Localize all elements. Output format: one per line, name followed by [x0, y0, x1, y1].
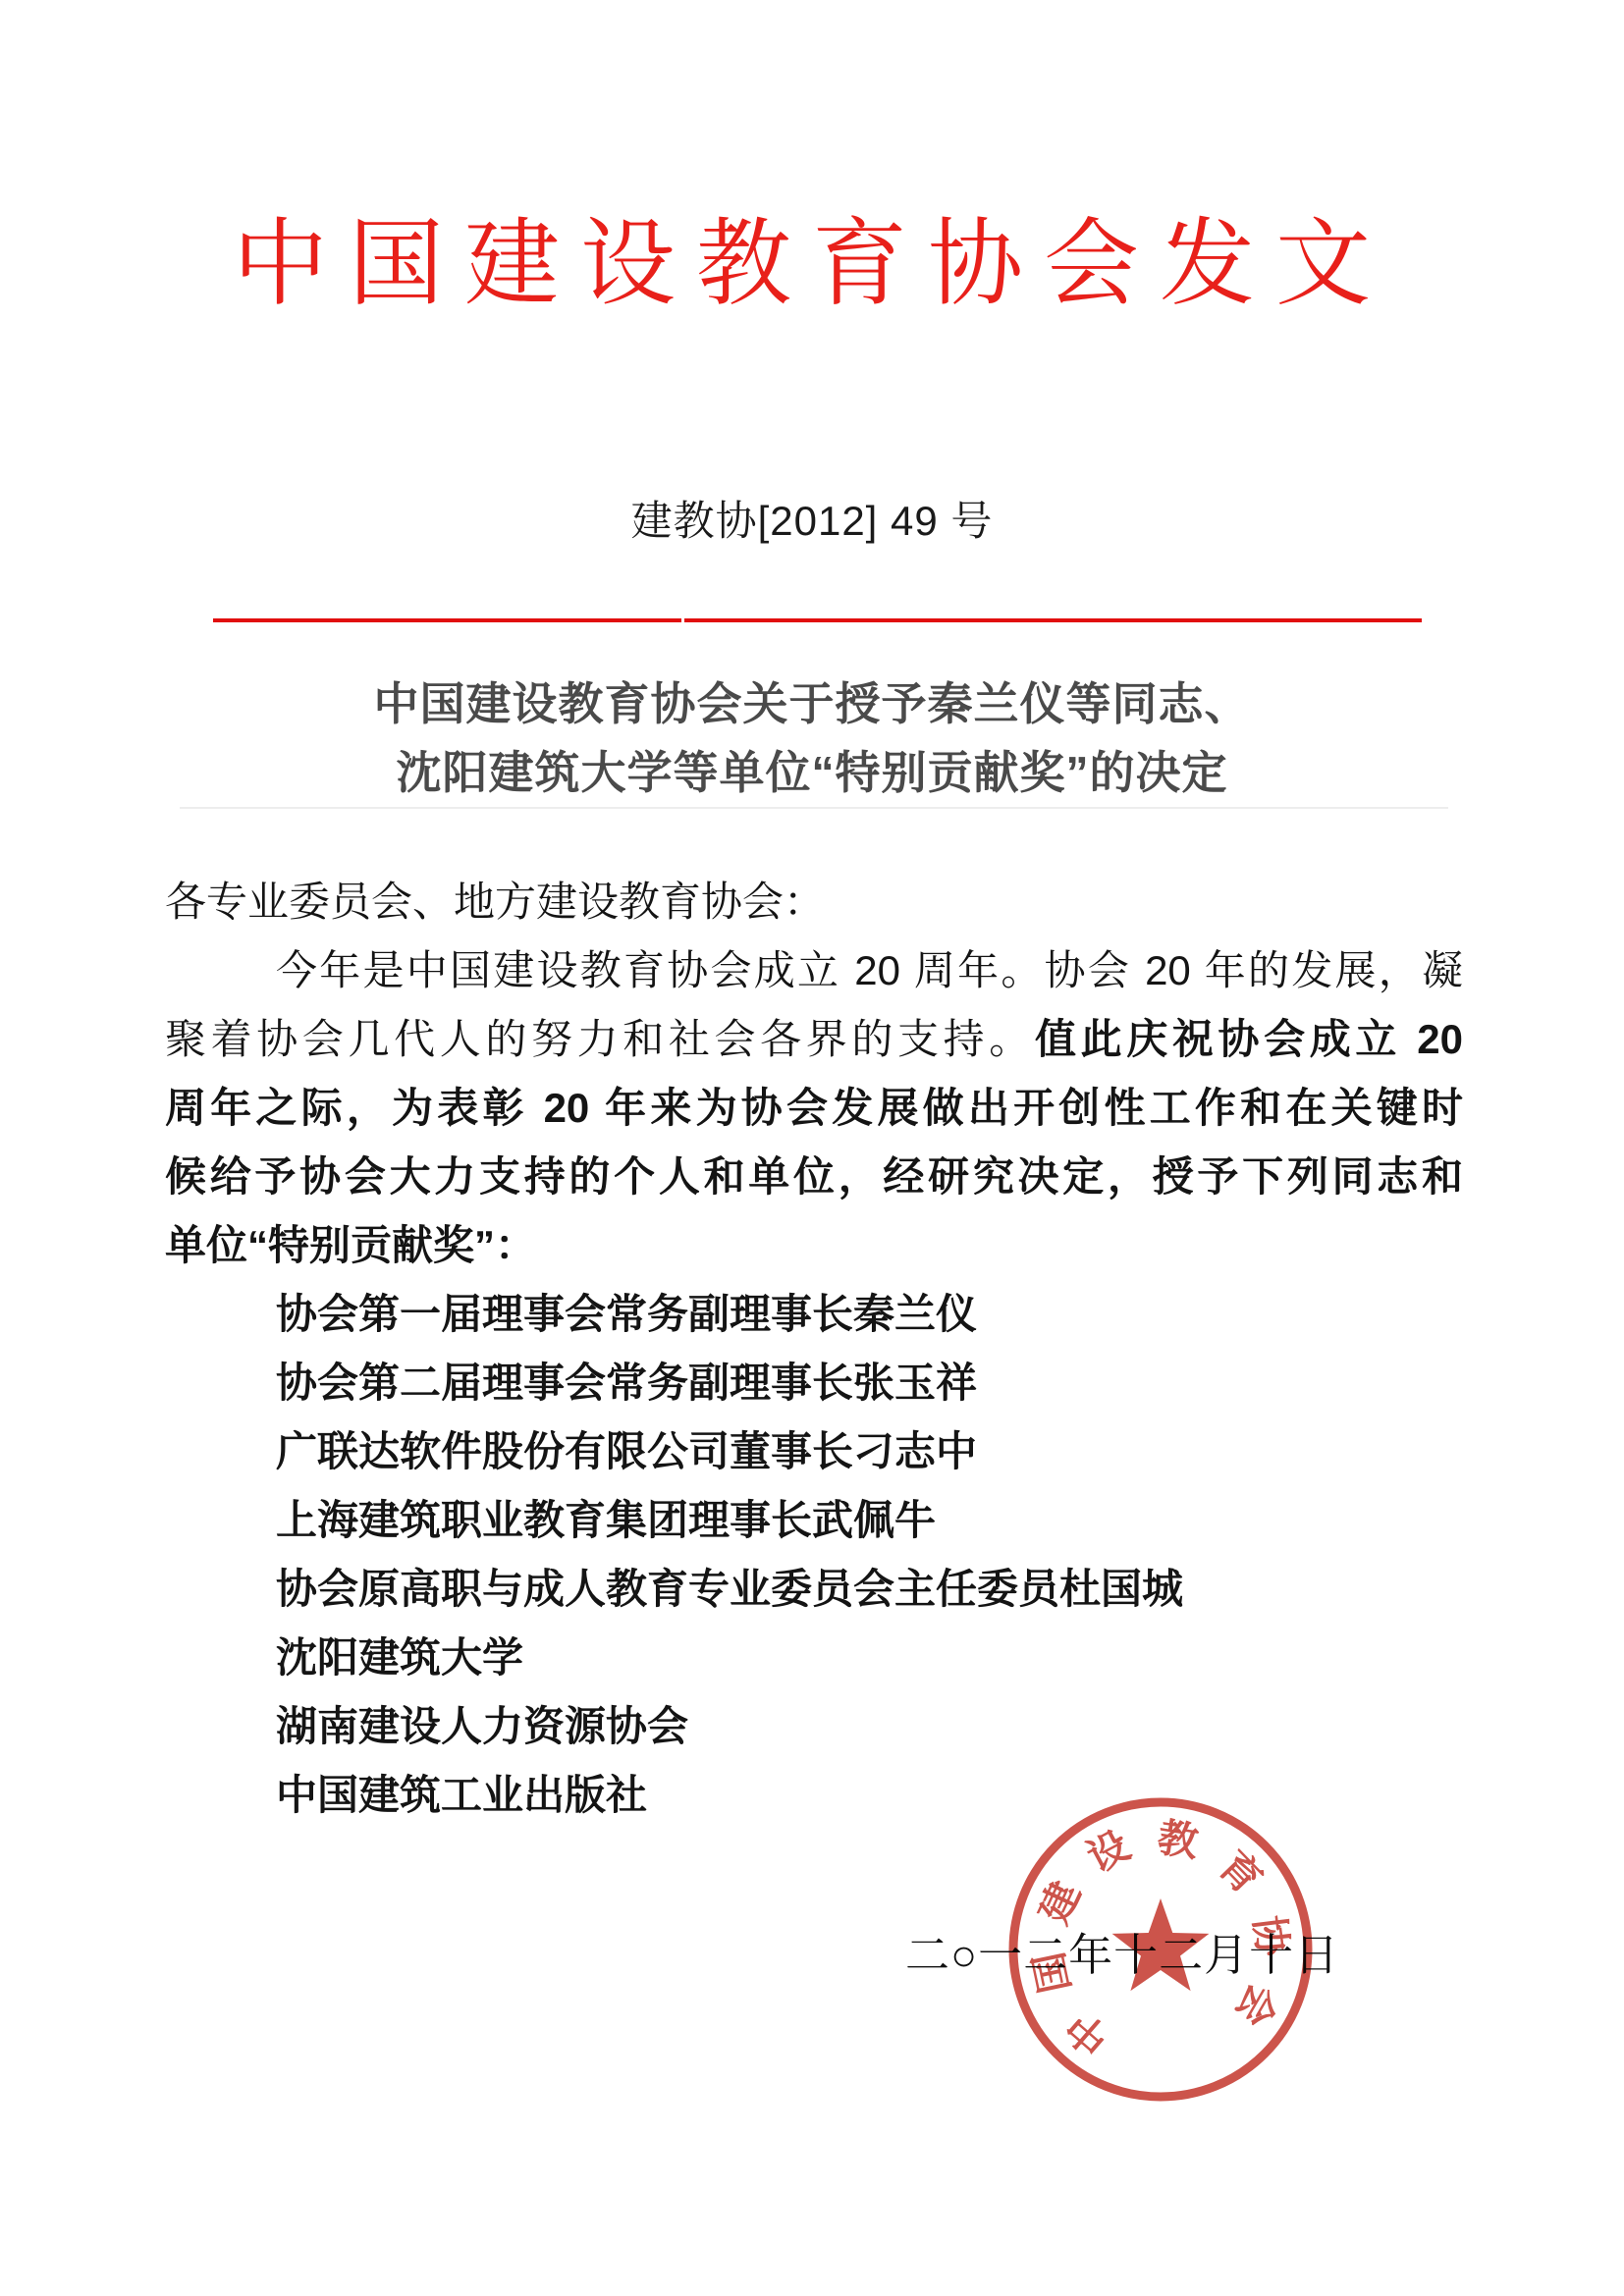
document-number: 建教协[2012] 49 号: [0, 489, 1624, 548]
salutation: 各专业委员会、地方建设教育协会：: [165, 868, 1463, 936]
red-rule-right-segment: [684, 618, 1422, 622]
paragraph-text-normal: 今年是中国建设教育协会成立 20 周年。协会 20 年的发展，凝: [276, 947, 1463, 993]
seal-char: 会: [1227, 1976, 1286, 2034]
title-divider: [180, 807, 1448, 809]
seal-char: 建: [1031, 1875, 1089, 1931]
paragraph-line: 候给予协会大力支持的个人和单位，经研究决定，授予下列同志和: [165, 1143, 1463, 1211]
awardee-item: 湖南建设人力资源协会: [165, 1692, 1463, 1761]
paragraph-text-bold: 候给予协会大力支持的个人和单位，经研究决定，授予下列同志和: [165, 1153, 1463, 1200]
red-rule-left-segment: [213, 618, 681, 622]
seal-char: 育: [1211, 1842, 1272, 1902]
seal-char: 中: [1057, 2002, 1117, 2063]
paragraph-line: 今年是中国建设教育协会成立 20 周年。协会 20 年的发展，凝: [165, 936, 1463, 1005]
red-rule: [213, 618, 1422, 622]
official-seal: 中 国 建 设 教 育 协 会: [997, 1786, 1325, 2113]
document-title: 中国建设教育协会关于授予秦兰仪等同志、 沈阳建筑大学等单位“特别贡献奖”的决定: [0, 669, 1624, 807]
paragraph-text-bold: 单位“特别贡献奖”：: [165, 1222, 536, 1268]
paragraph-line: 聚着协会几代人的努力和社会各界的支持。值此庆祝协会成立 20: [165, 1005, 1463, 1074]
awardee-item: 协会第一届理事会常务副理事长秦兰仪: [165, 1280, 1463, 1349]
paragraph-line: 单位“特别贡献奖”：: [165, 1211, 1463, 1280]
paragraph-text-bold: 周年之际，为表彰 20 年来为协会发展做出开创性工作和在关键时: [165, 1085, 1463, 1131]
document-title-line1: 中国建设教育协会关于授予秦兰仪等同志、: [0, 669, 1624, 738]
letterhead-title: 中国建设教育协会发文: [0, 187, 1624, 324]
awardee-item: 协会原高职与成人教育专业委员会主任委员杜国城: [165, 1555, 1463, 1624]
seal-char: 国: [1026, 1949, 1079, 1998]
seal-char: 教: [1155, 1814, 1203, 1865]
awardee-item: 上海建筑职业教育集团理事长武佩牛: [165, 1486, 1463, 1555]
paragraph-text-normal: 聚着协会几代人的努力和社会各界的支持。: [165, 1016, 1035, 1062]
paragraph-text-bold: 值此庆祝协会成立 20: [1035, 1016, 1463, 1062]
seal-char: 协: [1246, 1913, 1296, 1960]
awardee-item: 广联达软件股份有限公司董事长刁志中: [165, 1417, 1463, 1486]
paragraph-line: 周年之际，为表彰 20 年来为协会发展做出开创性工作和在关键时: [165, 1074, 1463, 1143]
seal-star-icon: [1112, 1898, 1210, 1991]
seal-char: 设: [1080, 1822, 1137, 1881]
document-title-line2: 沈阳建筑大学等单位“特别贡献奖”的决定: [0, 738, 1624, 807]
awardee-item: 协会第二届理事会常务副理事长张玉祥: [165, 1349, 1463, 1417]
document-body: 各专业委员会、地方建设教育协会： 今年是中国建设教育协会成立 20 周年。协会 …: [165, 868, 1463, 1830]
awardee-item: 沈阳建筑大学: [165, 1624, 1463, 1692]
